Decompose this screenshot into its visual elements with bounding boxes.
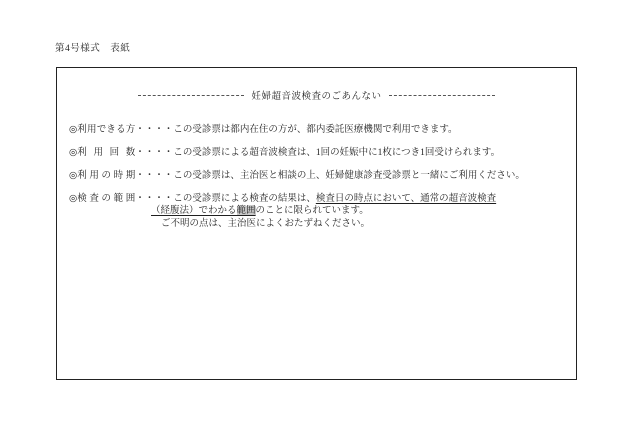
bullet-dots: ・・・・ [135,170,173,182]
document-page: 第4号様式 表紙 妊婦超音波検査のごあんない ◎利用できる方・・・・この受診票は… [0,0,630,439]
bullet-label: 利用できる方 [77,124,135,136]
bullet-marker: ◎ [69,147,77,159]
bullet-label: 利用回数 [77,147,135,159]
bullet-item-usage-timing: ◎利用の時期・・・・この受診票は、主治医と相談の上、妊婦健康診査受診票と一緒にご… [69,170,576,182]
title-dash-left [138,95,244,96]
page-title: 妊婦超音波検査のごあんない [251,88,381,102]
bullet-marker: ◎ [69,124,77,136]
bullet-text: この受診票は都内在住の方が、都内委託医療機関で利用できます。 [173,125,457,135]
title-dash-right [389,95,495,96]
bullet-text-highlighted: 範囲 [237,206,256,216]
bullet-dots: ・・・・ [135,147,173,159]
bullet-dots: ・・・・ [135,193,173,205]
bullet-item-eligibility: ◎利用できる方・・・・この受診票は都内在住の方が、都内委託医療機関で利用できます… [69,124,576,136]
bullet-item-usage-count: ◎利用回数・・・・この受診票による超音波検査は、1回の妊娠中に1枚につき1回受け… [69,147,576,159]
bullet-dots: ・・・・ [135,124,173,136]
exam-scope-line2: （経腹法）でわかる範囲のことに限られています。 [151,205,576,218]
bullet-item-exam-scope: ◎検査の範囲・・・・この受診票による検査の結果は、検査日の時点において、通常の超… [69,193,576,230]
bullet-marker: ◎ [69,170,77,182]
bullet-label: 検査の範囲 [77,193,135,205]
bullet-text: のことに限られています。 [256,206,369,216]
bullet-text-underlined: 検査日の時点において、通常の超音波検査 [316,194,496,204]
bullet-marker: ◎ [69,193,77,205]
bullet-text: この受診票は、主治医と相談の上、妊婦健康診査受診票と一緒にご利用ください。 [173,171,525,181]
bullet-text-underlined: （経腹法）でわかる [151,206,237,216]
bullet-text: この受診票による検査の結果は、 [173,194,316,204]
bullet-label: 利用の時期 [77,170,135,182]
exam-scope-line1: ◎検査の範囲・・・・この受診票による検査の結果は、検査日の時点において、通常の超… [69,193,576,205]
form-number-label: 第4号様式 表紙 [55,40,130,54]
bullet-text: この受診票による超音波検査は、1回の妊娠中に1枚につき1回受けられます。 [173,148,500,158]
title-row: 妊婦超音波検査のごあんない [57,88,576,102]
exam-scope-line3: ご不明の点は、主治医によくおたずねください。 [161,218,576,231]
cover-box: 妊婦超音波検査のごあんない ◎利用できる方・・・・この受診票は都内在住の方が、都… [56,67,577,380]
bullet-list: ◎利用できる方・・・・この受診票は都内在住の方が、都内委託医療機関で利用できます… [57,124,576,230]
